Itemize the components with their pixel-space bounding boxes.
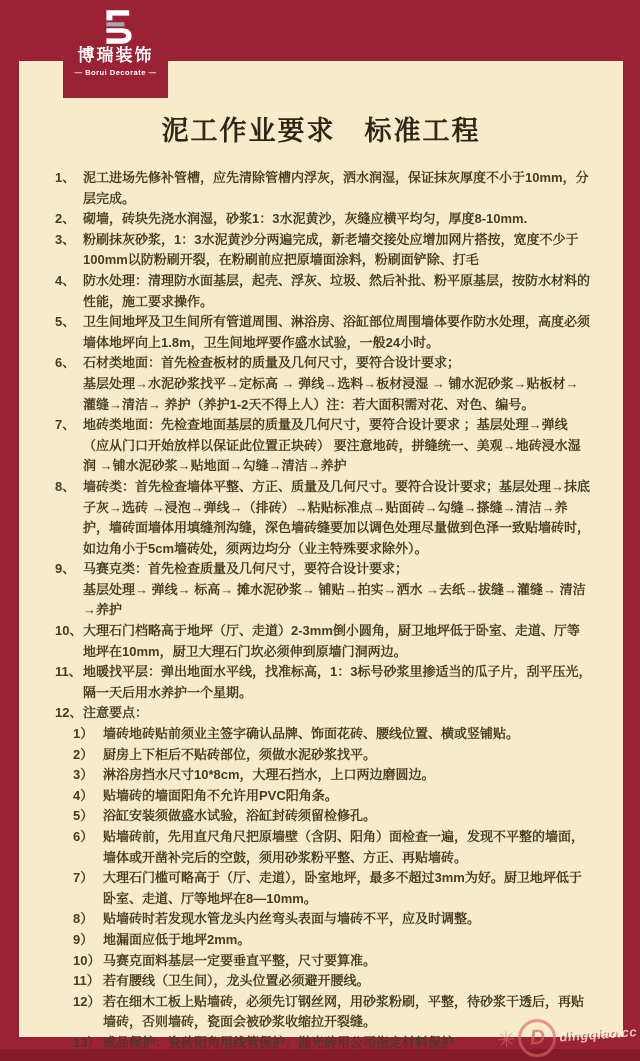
watermark-monogram: D xyxy=(517,1018,558,1059)
brand-name: 博瑞装饰 xyxy=(78,46,154,66)
note-text: 贴墙砖的墙面阳角不允许用PVC阳角条。 xyxy=(103,788,338,803)
note-number: 10） xyxy=(73,951,103,972)
note-item: 2）厨房上下柜后不贴砖部位，须做水泥砂浆找平。 xyxy=(73,745,592,766)
item-number: 11、 xyxy=(55,662,83,683)
item-number: 1、 xyxy=(55,168,83,189)
item-text: 防水处理：清理防水面基层，起壳、浮灰、垃圾、然后补批、粉平原基层，按防水材料的性… xyxy=(83,273,590,309)
item-number: 10、 xyxy=(55,621,83,642)
note-text: 贴墙砖前，先用直尺角尺把原墙壁（含阴、阳角）面检查一遍，发现不平整的墙面，墙体或… xyxy=(103,829,584,865)
note-item: 4）贴墙砖的墙面阳角不允许用PVC阳角条。 xyxy=(73,786,592,807)
page-title: 泥工作业要求 标准工程 xyxy=(19,113,623,149)
note-number: 1） xyxy=(73,724,103,745)
note-text: 地漏面应低于地坪2mm。 xyxy=(103,932,250,947)
brand-logo-block: 博瑞装饰 — Borui Decorate — xyxy=(63,0,168,98)
list-item: 7、地砖类地面：先检查地面基层的质量及几何尺寸，要符合设计要求 ；基层处理→弹线… xyxy=(55,415,592,477)
note-item: 5）浴缸安装须做盛水试验，浴缸封砖须留检修孔。 xyxy=(73,806,592,827)
notes-list: 1）墙砖地砖贴前须业主签字确认品牌、饰面花砖、腰线位置、横或竖铺贴。 2）厨房上… xyxy=(73,724,592,1054)
list-item: 4、防水处理：清理防水面基层，起壳、浮灰、垃圾、然后补批、粉平原基层，按防水材料… xyxy=(55,271,592,312)
note-item: 1）墙砖地砖贴前须业主签字确认品牌、饰面花砖、腰线位置、横或竖铺贴。 xyxy=(73,724,592,745)
note-item: 9）地漏面应低于地坪2mm。 xyxy=(73,930,592,951)
note-number: 11） xyxy=(73,971,103,992)
note-item: 11）若有腰线（卫生间），龙头位置必须避开腰线。 xyxy=(73,971,592,992)
item-number: 3、 xyxy=(55,230,83,251)
content-panel: 泥工作业要求 标准工程 1、泥工进场先修补管槽，应先清除管槽内浮灰，洒水润湿，保… xyxy=(19,61,623,1037)
note-text: 墙砖地砖贴前须业主签字确认品牌、饰面花砖、腰线位置、横或竖铺贴。 xyxy=(103,726,519,741)
item-text: 地砖类地面：先检查地面基层的质量及几何尺寸，要符合设计要求 ；基层处理→弹线（应… xyxy=(83,417,581,473)
item-number: 4、 xyxy=(55,271,83,292)
note-item: 7）大理石门槛可略高于（厅、走道），卧室地坪，最多不超过3mm为好。厨卫地坪低于… xyxy=(73,868,592,909)
item-number: 2、 xyxy=(55,209,83,230)
item-text: 马赛克类：首先检查质量及几何尺寸，要符合设计要求； 基层处理→ 弹线→ 标高→ … xyxy=(83,561,586,617)
requirements-list: 1、泥工进场先修补管槽，应先清除管槽内浮灰，洒水润湿，保证抹灰厚度不小于10mm… xyxy=(55,168,592,724)
item-text: 卫生间地坪及卫生间所有管道周围、淋浴房、浴缸部位周围墙体要作防水处理，高度必须墙… xyxy=(83,314,590,350)
watermark-site: dingqiao.cc xyxy=(559,1024,638,1044)
item-number: 5、 xyxy=(55,312,83,333)
item-number: 8、 xyxy=(55,477,83,498)
note-text: 厨房上下柜后不贴砖部位，须做水泥砂浆找平。 xyxy=(103,747,376,762)
list-item: 11、地暖找平层：弹出地面水平线，找准标高，1：3标号砂浆里掺适当的瓜子片，刮平… xyxy=(55,662,592,703)
list-item: 1、泥工进场先修补管槽，应先清除管槽内浮灰，洒水润湿，保证抹灰厚度不小于10mm… xyxy=(55,168,592,209)
note-text: 贴墙砖时若发现水管龙头内丝弯头表面与墙砖不平，应及时调整。 xyxy=(103,911,480,926)
item-text: 砌墙，砖块先浇水润湿，砂浆1：3水泥黄沙，灰缝应横平均匀，厚度8-10mm. xyxy=(83,211,527,226)
item-number: 6、 xyxy=(55,353,83,374)
note-item: 10）马赛克面料基层一定要垂直平整，尺寸要算准。 xyxy=(73,951,592,972)
item-text: 粉刷抹灰砂浆，1：3水泥黄沙分两遍完成，新老墙交接处应增加网片搭按，宽度不少于1… xyxy=(83,232,578,268)
note-number: 6） xyxy=(73,827,103,848)
note-number: 9） xyxy=(73,930,103,951)
note-text: 成品保护：瓷砖阳角用线管保护；抛光砖用公司指定材料保护 xyxy=(103,1035,454,1050)
item-text: 地暖找平层：弹出地面水平线，找准标高，1：3标号砂浆里掺适当的瓜子片，刮平压光，… xyxy=(83,664,591,700)
note-text: 浴缸安装须做盛水试验，浴缸封砖须留检修孔。 xyxy=(103,808,376,823)
note-item: 8）贴墙砖时若发现水管龙头内丝弯头表面与墙砖不平，应及时调整。 xyxy=(73,909,592,930)
item-text: 大理石门档略高于地坪（厅、走道）2-3mm倒小圆角，厨卫地坪低于卧室、走道、厅等… xyxy=(83,623,580,659)
list-item: 3、粉刷抹灰砂浆，1：3水泥黄沙分两遍完成，新老墙交接处应增加网片搭按，宽度不少… xyxy=(55,230,592,271)
list-item: 9、马赛克类：首先检查质量及几何尺寸，要符合设计要求； 基层处理→ 弹线→ 标高… xyxy=(55,559,592,621)
note-item: 6）贴墙砖前，先用直尺角尺把原墙壁（含阴、阳角）面检查一遍，发现不平整的墙面，墙… xyxy=(73,827,592,868)
note-text: 若有腰线（卫生间），龙头位置必须避开腰线。 xyxy=(103,973,370,988)
list-item: 12、注意要点： xyxy=(55,703,592,724)
document-page: 博瑞装饰 — Borui Decorate — 泥工作业要求 标准工程 1、泥工… xyxy=(0,0,640,1061)
note-text: 大理石门槛可略高于（厅、走道），卧室地坪，最多不超过3mm为好。厨卫地坪低于卧室… xyxy=(103,870,582,906)
list-item: 5、卫生间地坪及卫生间所有管道周围、淋浴房、浴缸部位周围墙体要作防水处理，高度必… xyxy=(55,312,592,353)
item-text: 石材类地面：首先检查板材的质量及几何尺寸，要符合设计要求； 基层处理→水泥砂浆找… xyxy=(83,355,582,411)
note-number: 3） xyxy=(73,765,103,786)
list-item: 10、大理石门档略高于地坪（厅、走道）2-3mm倒小圆角，厨卫地坪低于卧室、走道… xyxy=(55,621,592,662)
list-item: 2、砌墙，砖块先浇水润湿，砂浆1：3水泥黄沙，灰缝应横平均匀，厚度8-10mm. xyxy=(55,209,592,230)
note-number: 2） xyxy=(73,745,103,766)
list-item: 8、墙砖类：首先检查墙体平整、方正、质量及几何尺寸。要符合设计要求；基层处理→抹… xyxy=(55,477,592,559)
note-text: 淋浴房挡水尺寸10*8cm，大理石挡水，上口两边磨圆边。 xyxy=(103,767,435,782)
item-number: 7、 xyxy=(55,415,83,436)
borui-b-logo-icon xyxy=(98,10,134,44)
item-number: 12、 xyxy=(55,703,83,724)
sun-rays-icon: ✳ xyxy=(496,1029,516,1052)
note-number: 7） xyxy=(73,868,103,889)
note-number: 13） xyxy=(73,1033,103,1054)
item-text: 泥工进场先修补管槽，应先清除管槽内浮灰，洒水润湿，保证抹灰厚度不小于10mm，分… xyxy=(83,170,589,206)
brand-subtitle: — Borui Decorate — xyxy=(75,68,157,77)
list-item: 6、石材类地面：首先检查板材的质量及几何尺寸，要符合设计要求； 基层处理→水泥砂… xyxy=(55,353,592,415)
item-text: 墙砖类：首先检查墙体平整、方正、质量及几何尺寸。要符合设计要求；基层处理→抹底子… xyxy=(83,479,590,556)
note-number: 8） xyxy=(73,909,103,930)
note-item: 3）淋浴房挡水尺寸10*8cm，大理石挡水，上口两边磨圆边。 xyxy=(73,765,592,786)
note-text: 马赛克面料基层一定要垂直平整，尺寸要算准。 xyxy=(103,953,376,968)
requirements-content: 1、泥工进场先修补管槽，应先清除管槽内浮灰，洒水润湿，保证抹灰厚度不小于10mm… xyxy=(19,168,623,1054)
item-number: 9、 xyxy=(55,559,83,580)
note-number: 5） xyxy=(73,806,103,827)
item-text: 注意要点： xyxy=(83,705,148,720)
note-number: 12） xyxy=(73,992,103,1013)
note-number: 4） xyxy=(73,786,103,807)
